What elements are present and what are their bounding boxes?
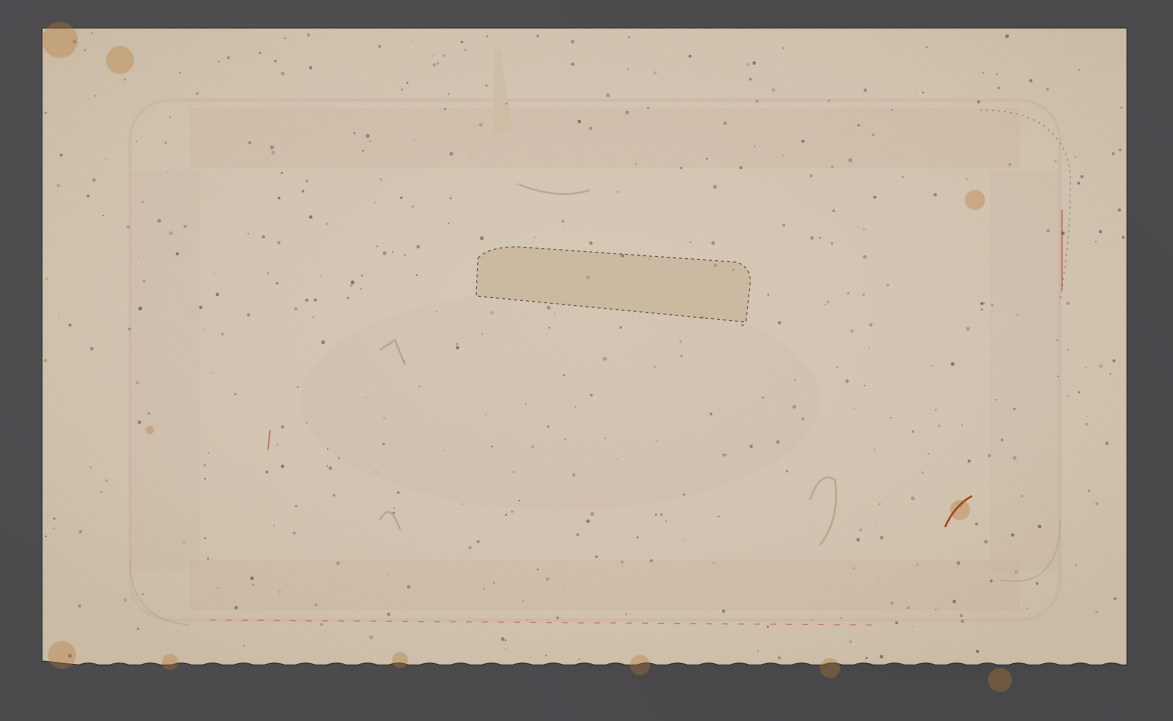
stamp-photo [0, 0, 1173, 721]
